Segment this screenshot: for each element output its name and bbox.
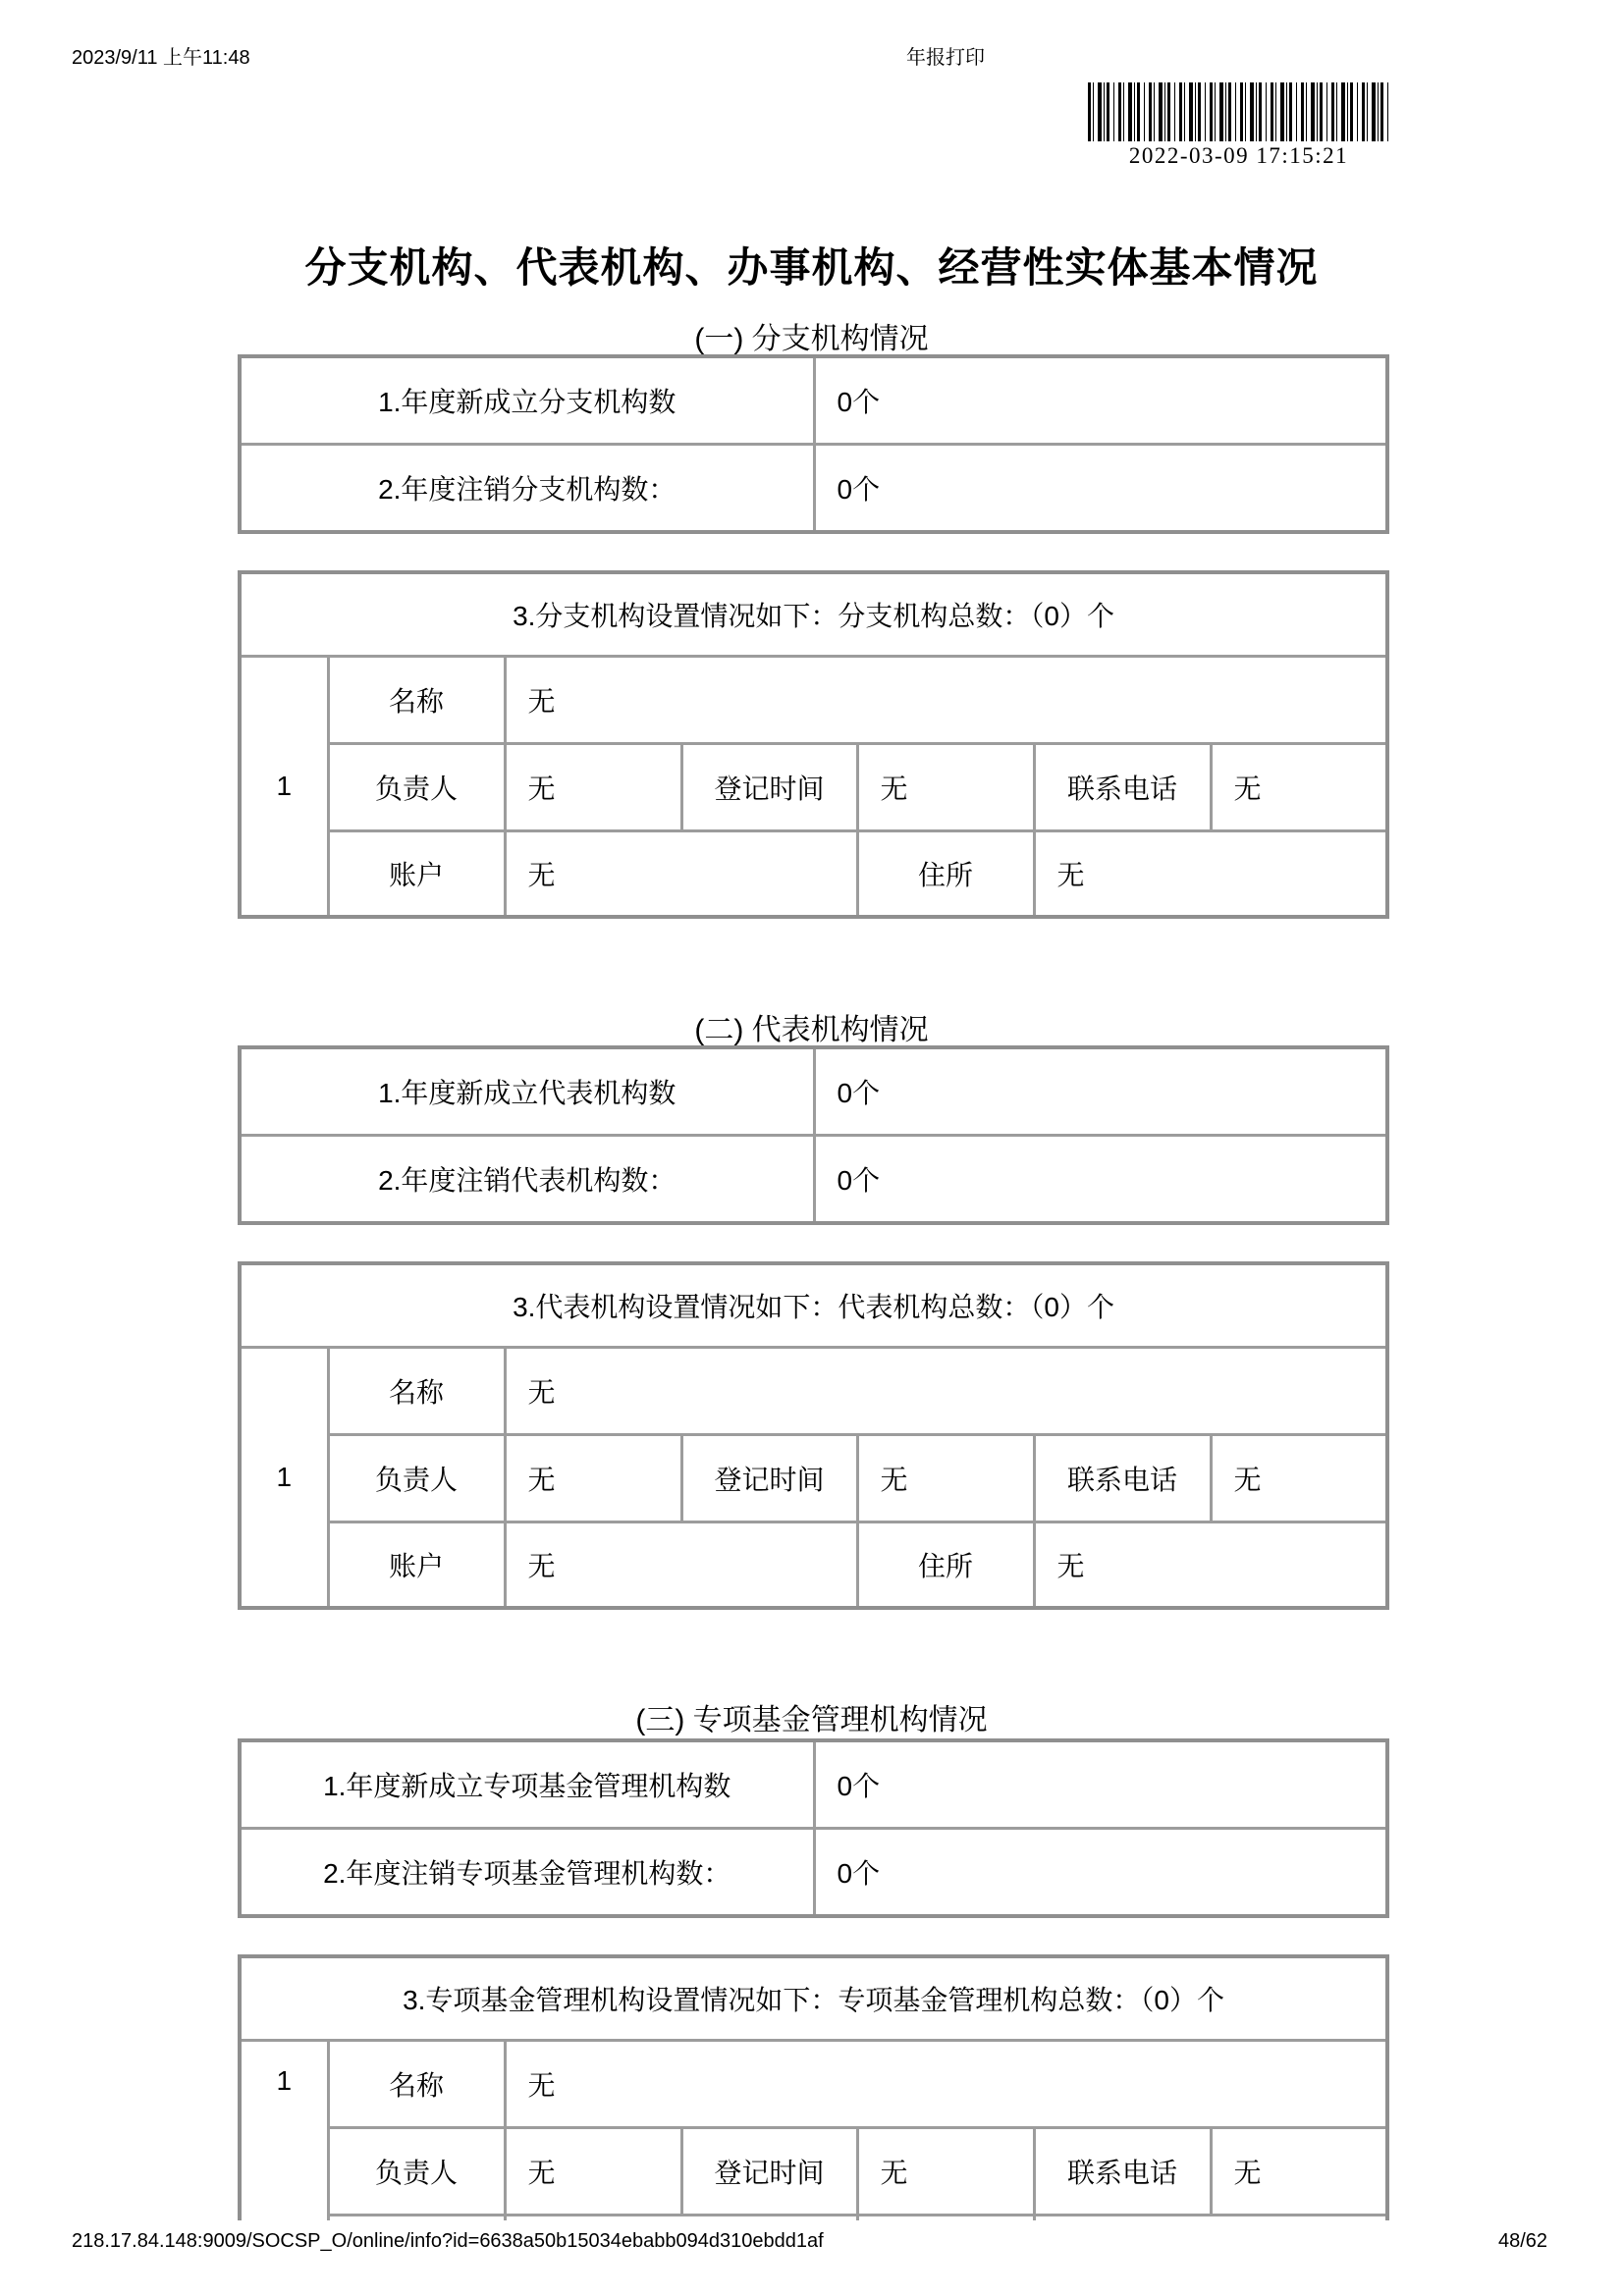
name-label: 名称 [328, 657, 505, 744]
phone-label: 联系电话 [1034, 744, 1211, 831]
section-3-counts-table: 1.年度新成立专项基金管理机构数 0个 2.年度注销专项基金管理机构数： 0个 [238, 1738, 1389, 1918]
count-label: 1.年度新成立分支机构数 [240, 356, 814, 445]
account-label: 账户 [328, 1522, 505, 1609]
phone-label: 联系电话 [1034, 2128, 1211, 2216]
detail-header: 3.分支机构设置情况如下：分支机构总数：（0）个 [240, 572, 1387, 657]
phone-value: 无 [1211, 744, 1387, 831]
table-row: 负责人 无 登记时间 无 联系电话 无 [240, 744, 1387, 831]
table-row: 1 名称 无 [240, 2041, 1387, 2128]
manager-label: 负责人 [328, 1435, 505, 1522]
address-label: 住所 [857, 1522, 1034, 1609]
count-label: 1.年度新成立代表机构数 [240, 1047, 814, 1136]
truncated-cell [505, 2216, 857, 2221]
manager-label: 负责人 [328, 744, 505, 831]
count-label: 2.年度注销分支机构数： [240, 445, 814, 533]
account-value: 无 [505, 1522, 857, 1609]
count-value: 0个 [814, 1829, 1387, 1917]
truncated-cell [857, 2216, 1034, 2221]
address-value: 无 [1034, 1522, 1387, 1609]
footer-url: 218.17.84.148:9009/SOCSP_O/online/info?i… [72, 2230, 824, 2253]
manager-value: 无 [505, 744, 681, 831]
barcode-image [1088, 82, 1389, 141]
account-label: 账户 [328, 831, 505, 918]
table-row: 1.年度新成立分支机构数 0个 [240, 356, 1387, 445]
count-value: 0个 [814, 1047, 1387, 1136]
section-3-detail-truncated: 3.专项基金管理机构设置情况如下：专项基金管理机构总数：（0）个 1 名称 无 … [234, 1954, 1392, 2220]
row-index: 1 [240, 1348, 328, 1609]
regdate-label: 登记时间 [681, 2128, 857, 2216]
table-row: 2.年度注销专项基金管理机构数： 0个 [240, 1829, 1387, 1917]
count-value: 0个 [814, 1740, 1387, 1829]
phone-label: 联系电话 [1034, 1435, 1211, 1522]
phone-value: 无 [1211, 1435, 1387, 1522]
section-1-heading: (一) 分支机构情况 [0, 314, 1623, 357]
document-page: 2023/9/11 上午11:48 年报打印 2022-03-09 17:15:… [0, 0, 1623, 2296]
print-datetime: 2023/9/11 上午11:48 [72, 41, 250, 70]
section-1-detail-table: 3.分支机构设置情况如下：分支机构总数：（0）个 1 名称 无 负责人 无 登记… [238, 570, 1389, 919]
print-title: 年报打印 [906, 41, 985, 70]
phone-value: 无 [1211, 2128, 1387, 2216]
regdate-value: 无 [857, 2128, 1034, 2216]
regdate-value: 无 [857, 1435, 1034, 1522]
table-row: 负责人 无 登记时间 无 联系电话 无 [240, 2128, 1387, 2216]
table-row: 1.年度新成立代表机构数 0个 [240, 1047, 1387, 1136]
truncated-cell [328, 2216, 505, 2221]
row-index: 1 [240, 657, 328, 918]
section-3-heading: (三) 专项基金管理机构情况 [0, 1695, 1623, 1738]
section-2-counts-table: 1.年度新成立代表机构数 0个 2.年度注销代表机构数： 0个 [238, 1045, 1389, 1225]
table-row: 2.年度注销分支机构数： 0个 [240, 445, 1387, 533]
count-label: 2.年度注销专项基金管理机构数： [240, 1829, 814, 1917]
page-title: 分支机构、代表机构、办事机构、经营性实体基本情况 [0, 236, 1623, 294]
section-3-detail-table: 3.专项基金管理机构设置情况如下：专项基金管理机构总数：（0）个 1 名称 无 … [238, 1954, 1389, 2220]
regdate-label: 登记时间 [681, 1435, 857, 1522]
name-label: 名称 [328, 2041, 505, 2128]
table-row: 3.代表机构设置情况如下：代表机构总数：（0）个 [240, 1263, 1387, 1348]
address-value: 无 [1034, 831, 1387, 918]
table-row: 1.年度新成立专项基金管理机构数 0个 [240, 1740, 1387, 1829]
count-label: 1.年度新成立专项基金管理机构数 [240, 1740, 814, 1829]
section-2-heading: (二) 代表机构情况 [0, 1005, 1623, 1048]
table-row: 3.专项基金管理机构设置情况如下：专项基金管理机构总数：（0）个 [240, 1956, 1387, 2041]
section-1-counts-table: 1.年度新成立分支机构数 0个 2.年度注销分支机构数： 0个 [238, 354, 1389, 534]
row-index: 1 [240, 2041, 328, 2221]
count-value: 0个 [814, 1136, 1387, 1224]
table-row: 2.年度注销代表机构数： 0个 [240, 1136, 1387, 1224]
name-label: 名称 [328, 1348, 505, 1435]
account-value: 无 [505, 831, 857, 918]
name-value: 无 [505, 2041, 1387, 2128]
table-row: 负责人 无 登记时间 无 联系电话 无 [240, 1435, 1387, 1522]
manager-value: 无 [505, 2128, 681, 2216]
section-2-detail-table: 3.代表机构设置情况如下：代表机构总数：（0）个 1 名称 无 负责人 无 登记… [238, 1261, 1389, 1610]
truncated-row [240, 2216, 1387, 2221]
table-row: 1 名称 无 [240, 657, 1387, 744]
count-label: 2.年度注销代表机构数： [240, 1136, 814, 1224]
table-row: 3.分支机构设置情况如下：分支机构总数：（0）个 [240, 572, 1387, 657]
table-row: 1 名称 无 [240, 1348, 1387, 1435]
count-value: 0个 [814, 356, 1387, 445]
manager-label: 负责人 [328, 2128, 505, 2216]
count-value: 0个 [814, 445, 1387, 533]
table-row: 账户 无 住所 无 [240, 831, 1387, 918]
name-value: 无 [505, 1348, 1387, 1435]
detail-header: 3.专项基金管理机构设置情况如下：专项基金管理机构总数：（0）个 [240, 1956, 1387, 2041]
regdate-label: 登记时间 [681, 744, 857, 831]
address-label: 住所 [857, 831, 1034, 918]
table-row: 账户 无 住所 无 [240, 1522, 1387, 1609]
name-value: 无 [505, 657, 1387, 744]
barcode-timestamp: 2022-03-09 17:15:21 [1078, 143, 1399, 169]
regdate-value: 无 [857, 744, 1034, 831]
manager-value: 无 [505, 1435, 681, 1522]
truncated-cell [1034, 2216, 1387, 2221]
page-number: 48/62 [1498, 2230, 1547, 2253]
detail-header: 3.代表机构设置情况如下：代表机构总数：（0）个 [240, 1263, 1387, 1348]
